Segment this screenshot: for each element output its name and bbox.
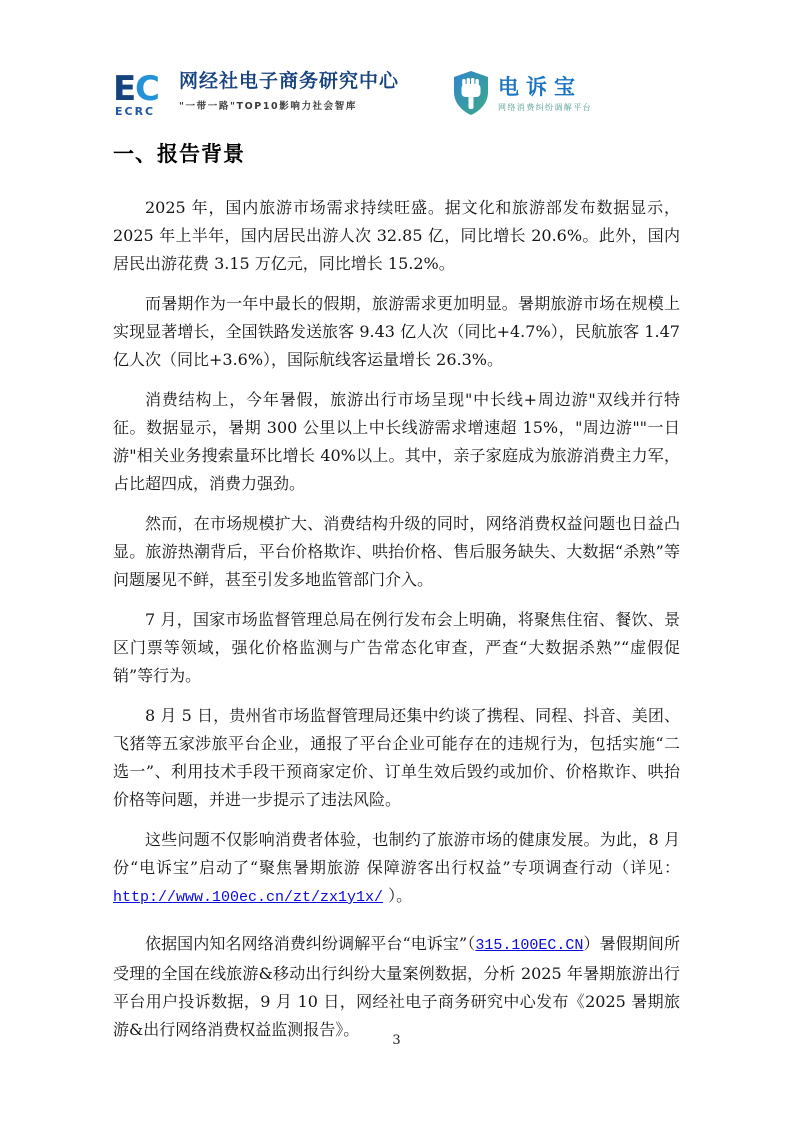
org-tagline: "一带一路"TOP10影响力社会智库 [179,98,399,112]
dianshubao-logo-text: 电诉宝 网络消费纠纷调解平台 [498,77,592,113]
paragraph-text: 2025 年，国内旅游市场需求持续旺盛。据文化和旅游部发布数据显示，2025 年… [113,198,680,273]
ecrc-logo: E C ECRC 网经社电子商务研究中心 "一带一路"TOP10影响力社会智库 [113,70,399,122]
ec-letter-e: E [113,70,136,109]
paragraph-text: 依据国内知名网络消费纠纷调解平台“电诉宝”（ [145,934,475,953]
ecrc-abbr: ECRC [115,105,155,118]
paragraph-text: 8 月 5 日，贵州省市场监督管理局还集中约谈了携程、同程、抖音、美团、飞猪等五… [113,706,680,809]
paragraph-text: 这些问题不仅影响消费者体验，也制约了旅游市场的健康发展。为此，8 月份“电诉宝”… [113,830,680,877]
paragraph-6: 8 月 5 日，贵州省市场监督管理局还集中约谈了携程、同程、抖音、美团、飞猪等五… [113,702,680,814]
survey-campaign-link[interactable]: http://www.100ec.cn/zt/zx1y1x/ [113,889,383,906]
paragraph-text: ）。 [383,886,412,905]
paragraph-5: 7 月，国家市场监督管理总局在例行发布会上明确，将聚焦住宿、餐饮、景区门票等领域… [113,606,680,690]
org-name: 网经社电子商务研究中心 [179,70,399,93]
paragraph-8: 依据国内知名网络消费纠纷调解平台“电诉宝”（315.100EC.CN）暑假期间所… [113,930,680,1044]
paragraph-7: 这些问题不仅影响消费者体验，也制约了旅游市场的健康发展。为此，8 月份“电诉宝”… [113,826,680,912]
dianshubao-name: 电诉宝 [498,77,592,98]
page-number: 3 [0,1033,793,1048]
paragraph-text: 7 月，国家市场监督管理总局在例行发布会上明确，将聚焦住宿、餐饮、景区门票等领域… [113,610,680,685]
paragraph-text: 而暑期作为一年中最长的假期，旅游需求更加明显。暑期旅游市场在规模上实现显著增长，… [113,294,680,369]
dianshubao-subtitle: 网络消费纠纷调解平台 [498,102,592,113]
ecrc-logo-text: 网经社电子商务研究中心 "一带一路"TOP10影响力社会智库 [179,70,399,112]
dianshubao-logo: 电诉宝 网络消费纠纷调解平台 [451,70,592,120]
paragraph-text: 消费结构上，今年暑假，旅游出行市场呈现"中长线+周边游"双线并行特征。数据显示，… [113,390,680,493]
ecrc-logo-icon: E C ECRC [113,70,171,122]
paragraph-text: 然而，在市场规模扩大、消费结构升级的同时，网络消费权益问题也日益凸显。旅游热潮背… [113,514,680,589]
paragraph-2: 而暑期作为一年中最长的假期，旅游需求更加明显。暑期旅游市场在规模上实现显著增长，… [113,290,680,374]
shield-fist-icon [451,70,491,120]
section-heading: 一、报告背景 [113,138,680,168]
report-body: 2025 年，国内旅游市场需求持续旺盛。据文化和旅游部发布数据显示，2025 年… [113,194,680,1044]
paragraph-4: 然而，在市场规模扩大、消费结构升级的同时，网络消费权益问题也日益凸显。旅游热潮背… [113,510,680,594]
ec-letter-c: C [135,70,160,109]
paragraph-1: 2025 年，国内旅游市场需求持续旺盛。据文化和旅游部发布数据显示，2025 年… [113,194,680,278]
document-page: E C ECRC 网经社电子商务研究中心 "一带一路"TOP10影响力社会智库 [0,0,793,1122]
dianshubao-site-link[interactable]: 315.100EC.CN [475,937,583,954]
page-header: E C ECRC 网经社电子商务研究中心 "一带一路"TOP10影响力社会智库 [113,70,680,122]
paragraph-3: 消费结构上，今年暑假，旅游出行市场呈现"中长线+周边游"双线并行特征。数据显示，… [113,386,680,498]
